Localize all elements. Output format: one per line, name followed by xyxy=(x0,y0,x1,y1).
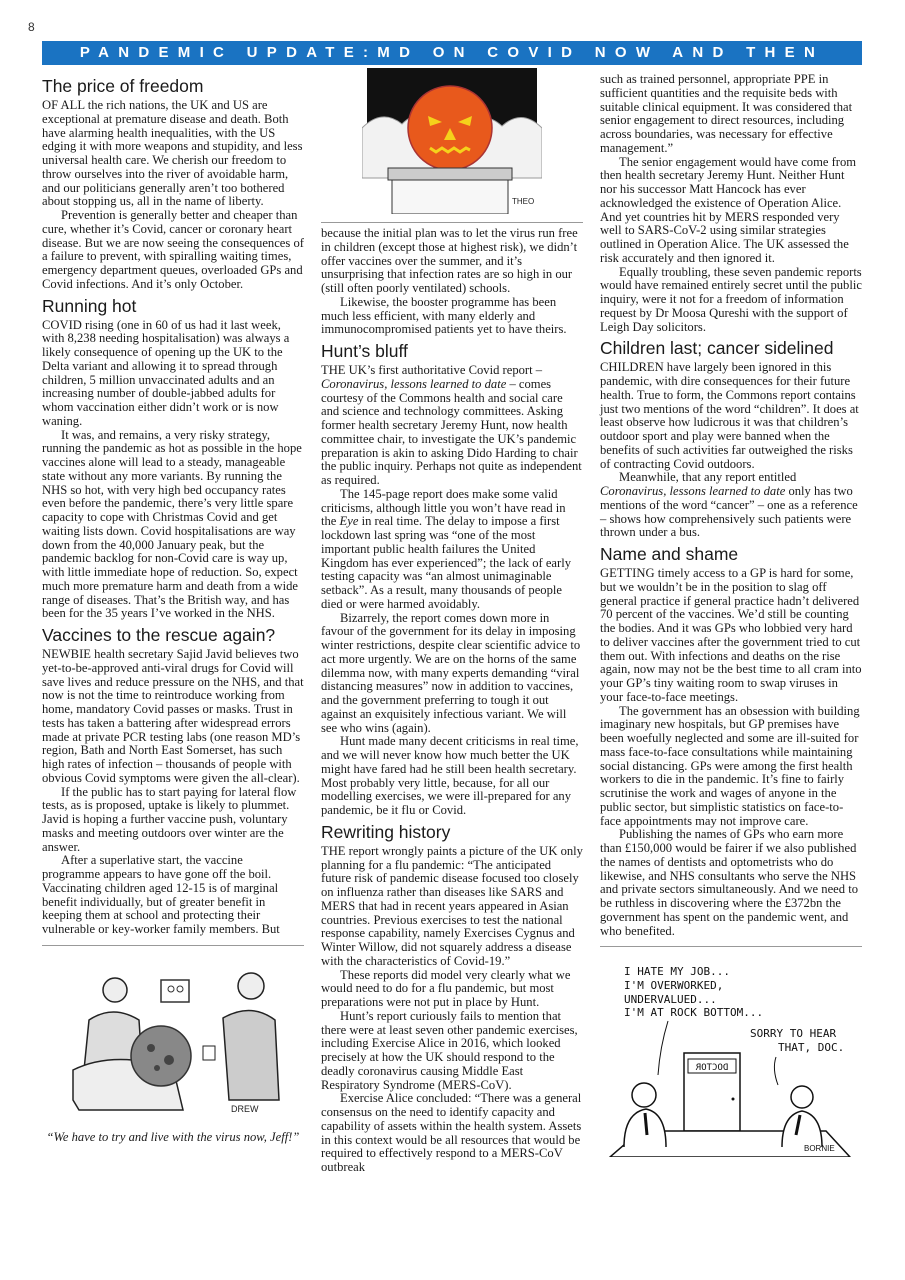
paragraph: Meanwhile, that any report entitled Coro… xyxy=(600,471,862,540)
column-1: The price of freedom OF ALL the rich nat… xyxy=(42,72,304,1144)
paragraph: The government has an obsession with bui… xyxy=(600,705,862,829)
paragraph: Bizarrely, the report comes down more in… xyxy=(321,612,583,736)
paragraph: The 145-page report does make some valid… xyxy=(321,488,583,612)
paragraph: COVID rising (one in 60 of us had it las… xyxy=(42,319,304,429)
paragraph: After a superlative start, the vaccine p… xyxy=(42,854,304,937)
paragraph: The senior engagement would have come fr… xyxy=(600,156,862,266)
paragraph: such as trained personnel, appropriate P… xyxy=(600,73,862,156)
page-number: 8 xyxy=(28,20,35,34)
speech-line: I HATE MY JOB... xyxy=(624,965,730,978)
paragraph: OF ALL the rich nations, the UK and US a… xyxy=(42,99,304,209)
heading-hunts-bluff: Hunt’s bluff xyxy=(321,341,583,361)
cartoon-signature: BORNIE xyxy=(804,1144,835,1153)
cartoon-signature: THEO xyxy=(512,197,534,206)
paragraph: It was, and remains, a very risky strate… xyxy=(42,429,304,622)
heading-price-of-freedom: The price of freedom xyxy=(42,76,304,96)
speech-line: I'M OVERWORKED, xyxy=(624,979,723,992)
paragraph: Hunt made many decent criticisms in real… xyxy=(321,735,583,818)
cartoon-signature: DREW xyxy=(231,1104,259,1114)
column-3: such as trained personnel, appropriate P… xyxy=(600,73,862,1157)
speech-line: I'M AT ROCK BOTTOM... xyxy=(624,1006,763,1019)
divider xyxy=(321,222,583,223)
paragraph: If the public has to start paying for la… xyxy=(42,786,304,855)
paragraph: Publishing the names of GPs who earn mor… xyxy=(600,828,862,938)
column-2: THEO because the initial plan was to let… xyxy=(321,68,583,1175)
speech-line: THAT, DOC. xyxy=(778,1041,844,1054)
paragraph: Equally troubling, these seven pandemic … xyxy=(600,266,862,335)
paragraph: Hunt’s report curiously fails to mention… xyxy=(321,1010,583,1093)
paragraph: NEWBIE health secretary Sajid Javid beli… xyxy=(42,648,304,786)
heading-children-last: Children last; cancer sidelined xyxy=(600,338,862,358)
heading-running-hot: Running hot xyxy=(42,296,304,316)
heading-name-and-shame: Name and shame xyxy=(600,544,862,564)
heading-vaccines-rescue: Vaccines to the rescue again? xyxy=(42,625,304,645)
speech-line: SORRY TO HEAR xyxy=(750,1027,836,1040)
paragraph: GETTING timely access to a GP is hard fo… xyxy=(600,567,862,705)
speech-line: UNDERVALUED... xyxy=(624,993,717,1006)
paragraph: These reports did model very clearly wha… xyxy=(321,969,583,1010)
virus-sofa-cartoon: DREW xyxy=(53,960,293,1128)
paragraph: because the initial plan was to let the … xyxy=(321,227,583,296)
section-banner: PANDEMIC UPDATE:MD ON COVID NOW AND THEN xyxy=(42,41,862,65)
paragraph: THE UK’s first authoritative Covid repor… xyxy=(321,364,583,488)
cartoon-caption: “We have to try and live with the virus … xyxy=(42,1130,304,1144)
paragraph: THE report wrongly paints a picture of t… xyxy=(321,845,583,969)
door-sign: DOCTOR xyxy=(695,1063,728,1073)
paragraph: Likewise, the booster programme has been… xyxy=(321,296,583,337)
paragraph: Exercise Alice concluded: “There was a g… xyxy=(321,1092,583,1175)
divider xyxy=(600,946,862,947)
doctor-cartoon: I HATE MY JOB... I'M OVERWORKED, UNDERVA… xyxy=(600,957,862,1157)
heading-rewriting-history: Rewriting history xyxy=(321,822,583,842)
paragraph: Prevention is generally better and cheap… xyxy=(42,209,304,292)
pumpkin-cartoon: THEO xyxy=(362,68,542,214)
paragraph: CHILDREN have largely been ignored in th… xyxy=(600,361,862,471)
divider xyxy=(42,945,304,946)
